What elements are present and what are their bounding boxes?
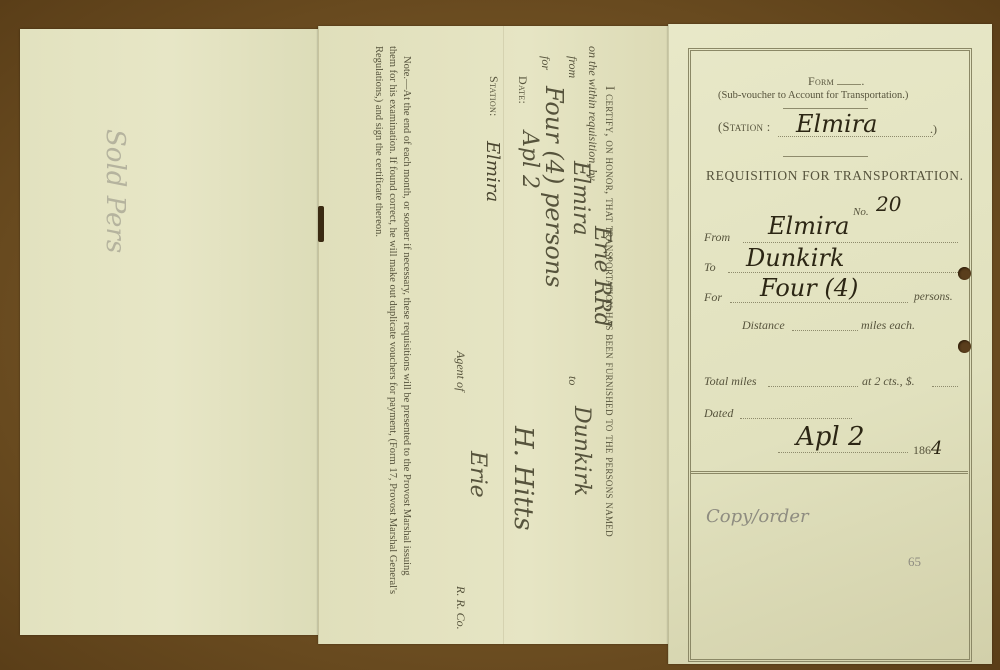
from-label: From [704, 230, 730, 245]
to-label: to [565, 376, 580, 385]
note-line-3: Regulations,) and sign the certificate t… [373, 46, 384, 237]
dated-handwritten: Apl 2 [796, 422, 865, 452]
station-label: Station: [486, 76, 501, 117]
station-label: (Station : [718, 120, 771, 135]
to-handwritten: Dunkirk [746, 244, 844, 272]
form-title: REQUISITION FOR TRANSPORTATION. [706, 168, 964, 184]
to-label: To [704, 260, 716, 275]
pencil-annotation: Copy/order [706, 506, 809, 527]
rr-co-label: R. R. Co. [453, 586, 468, 630]
for-label: For [704, 290, 722, 305]
year-prefix: 186 [913, 443, 931, 457]
date-handwritten: Apl 2 [517, 131, 542, 189]
form-number-blank [837, 84, 861, 85]
persons-label: persons. [914, 291, 953, 303]
form-label: Form [808, 74, 834, 88]
certificate-panel: Note.—At the end of each month, or soone… [318, 26, 668, 644]
from-label: from [565, 56, 580, 78]
total-miles-label: Total miles [704, 374, 757, 389]
station-close: .) [930, 122, 937, 137]
year-suffix-handwritten: 4 [931, 438, 942, 459]
punch-hole [958, 340, 971, 353]
no-label: No. [853, 206, 869, 218]
faint-docket-text: Sold Pers [100, 129, 130, 253]
for-label: for [538, 56, 553, 70]
punch-hole [958, 267, 971, 280]
to-handwritten: Dunkirk [569, 406, 594, 496]
agent-of-label: Agent of [453, 351, 468, 391]
note-line-2: them for his examination. If found corre… [387, 46, 398, 594]
form-subtitle: (Sub-voucher to Account for Transportati… [718, 90, 908, 101]
from-handwritten: Elmira [568, 161, 593, 236]
note-line-1: Note.—At the end of each month, or soone… [401, 56, 412, 576]
for-handwritten: Four (4) [760, 274, 858, 302]
dated-label: Dated [704, 406, 733, 421]
form-border [688, 48, 972, 662]
for-handwritten: Four (4) persons [540, 86, 568, 288]
agent-signature: H. Hitts [508, 426, 538, 530]
paper-tear [318, 206, 324, 242]
date-label: Date: [515, 76, 530, 104]
no-handwritten: 20 [876, 192, 901, 216]
station-handwritten: Elmira [482, 141, 503, 202]
carrier-handwritten: Erie RRd [589, 226, 614, 327]
agent-company-handwritten: Erie [465, 451, 490, 498]
miles-each-label: miles each. [861, 318, 915, 333]
from-handwritten: Elmira [768, 212, 849, 240]
rate-label: at 2 cts., $. [862, 374, 915, 389]
pencil-number: 65 [908, 554, 921, 570]
station-handwritten: Elmira [796, 110, 877, 138]
distance-label: Distance [742, 318, 785, 333]
requisition-form-panel: Form . (Sub-voucher to Account for Trans… [668, 24, 992, 664]
back-panel: Sold Pers [20, 29, 320, 635]
